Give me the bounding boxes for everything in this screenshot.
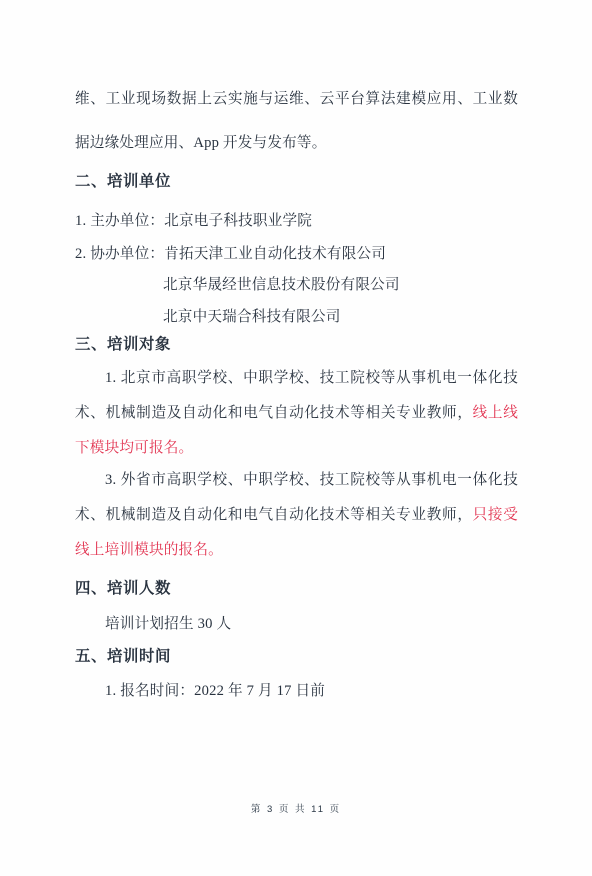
document-page: 维、工业现场数据上云实施与运维、云平台算法建模应用、工业数据边缘处理应用、App…	[0, 0, 592, 876]
section3-item1-text: 1. 北京市高职学校、中职学校、技工院校等从事机电一体化技术、机械制造及自动化和…	[75, 370, 518, 421]
section2-host-unit: 1. 主办单位：北京电子科技职业学院	[75, 204, 518, 239]
section3-item3-text: 3. 外省市高职学校、中职学校、技工院校等从事机电一体化技术、机械制造及自动化和…	[75, 472, 518, 523]
section3-item1-paragraph: 1. 北京市高职学校、中职学校、技工院校等从事机电一体化技术、机械制造及自动化和…	[75, 361, 518, 466]
section4-enrollment-count: 培训计划招生 30 人	[75, 607, 518, 642]
section3-item3-paragraph: 3. 外省市高职学校、中职学校、技工院校等从事机电一体化技术、机械制造及自动化和…	[75, 463, 518, 568]
intro-continuation-paragraph: 维、工业现场数据上云实施与运维、云平台算法建模应用、工业数据边缘处理应用、App…	[75, 77, 518, 165]
section5-heading: 五、培训时间	[75, 639, 518, 674]
section2-heading: 二、培训单位	[75, 164, 518, 199]
section5-registration-deadline: 1. 报名时间：2022 年 7 月 17 日前	[75, 674, 518, 709]
section2-co-unit-extra-1: 北京华晟经世信息技术股份有限公司	[163, 268, 518, 303]
page-number-footer: 第 3 页 共 11 页	[0, 801, 592, 815]
section2-co-unit: 2. 协办单位：肯拓天津工业自动化技术有限公司	[75, 237, 518, 272]
section4-heading: 四、培训人数	[75, 571, 518, 606]
section3-heading: 三、培训对象	[75, 327, 518, 362]
